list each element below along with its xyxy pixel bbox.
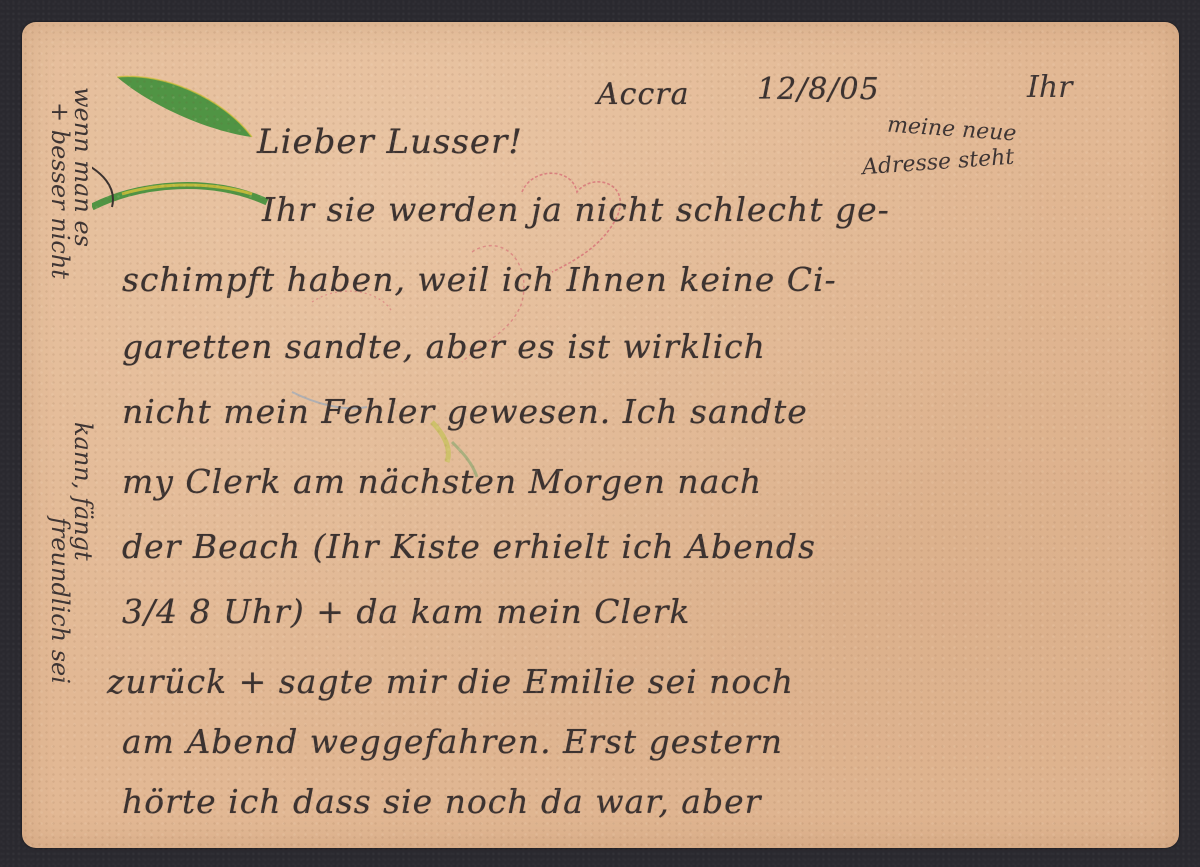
letter-date: 12/8/05 <box>757 72 880 107</box>
top-right-note-line: meine neue <box>886 113 1017 147</box>
body-line: my Clerk am nächsten Morgen nach <box>122 462 762 501</box>
body-line: garetten sandte, aber es ist wirklich <box>122 327 766 366</box>
top-right-note-line: Adresse steht <box>861 145 1015 181</box>
body-line: hörte ich dass sie noch da war, aber <box>122 782 761 821</box>
body-line: am Abend weggefahren. Erst gestern <box>122 722 783 761</box>
body-line: nicht mein Fehler gewesen. Ich sandte <box>122 392 808 431</box>
postcard: Accra 12/8/05 Ihr meine neue Adresse ste… <box>22 22 1179 848</box>
margin-note-line: freundlich sei <box>46 517 74 684</box>
letter-place: Accra <box>597 77 690 112</box>
letter-greeting: Lieber Lusser! <box>257 122 523 162</box>
margin-note-line: + besser nicht <box>46 102 74 279</box>
body-line: Ihr sie werden ja nicht schlecht ge- <box>262 190 890 229</box>
body-line: zurück + sagte mir die Emilie sei noch <box>107 662 794 701</box>
body-line: der Beach (Ihr Kiste erhielt ich Abends <box>122 527 816 566</box>
top-right-note-line: Ihr <box>1027 70 1073 105</box>
body-line: 3/4 8 Uhr) + da kam mein Clerk <box>122 592 690 631</box>
body-line: schimpft haben, weil ich Ihnen keine Ci- <box>122 260 837 299</box>
